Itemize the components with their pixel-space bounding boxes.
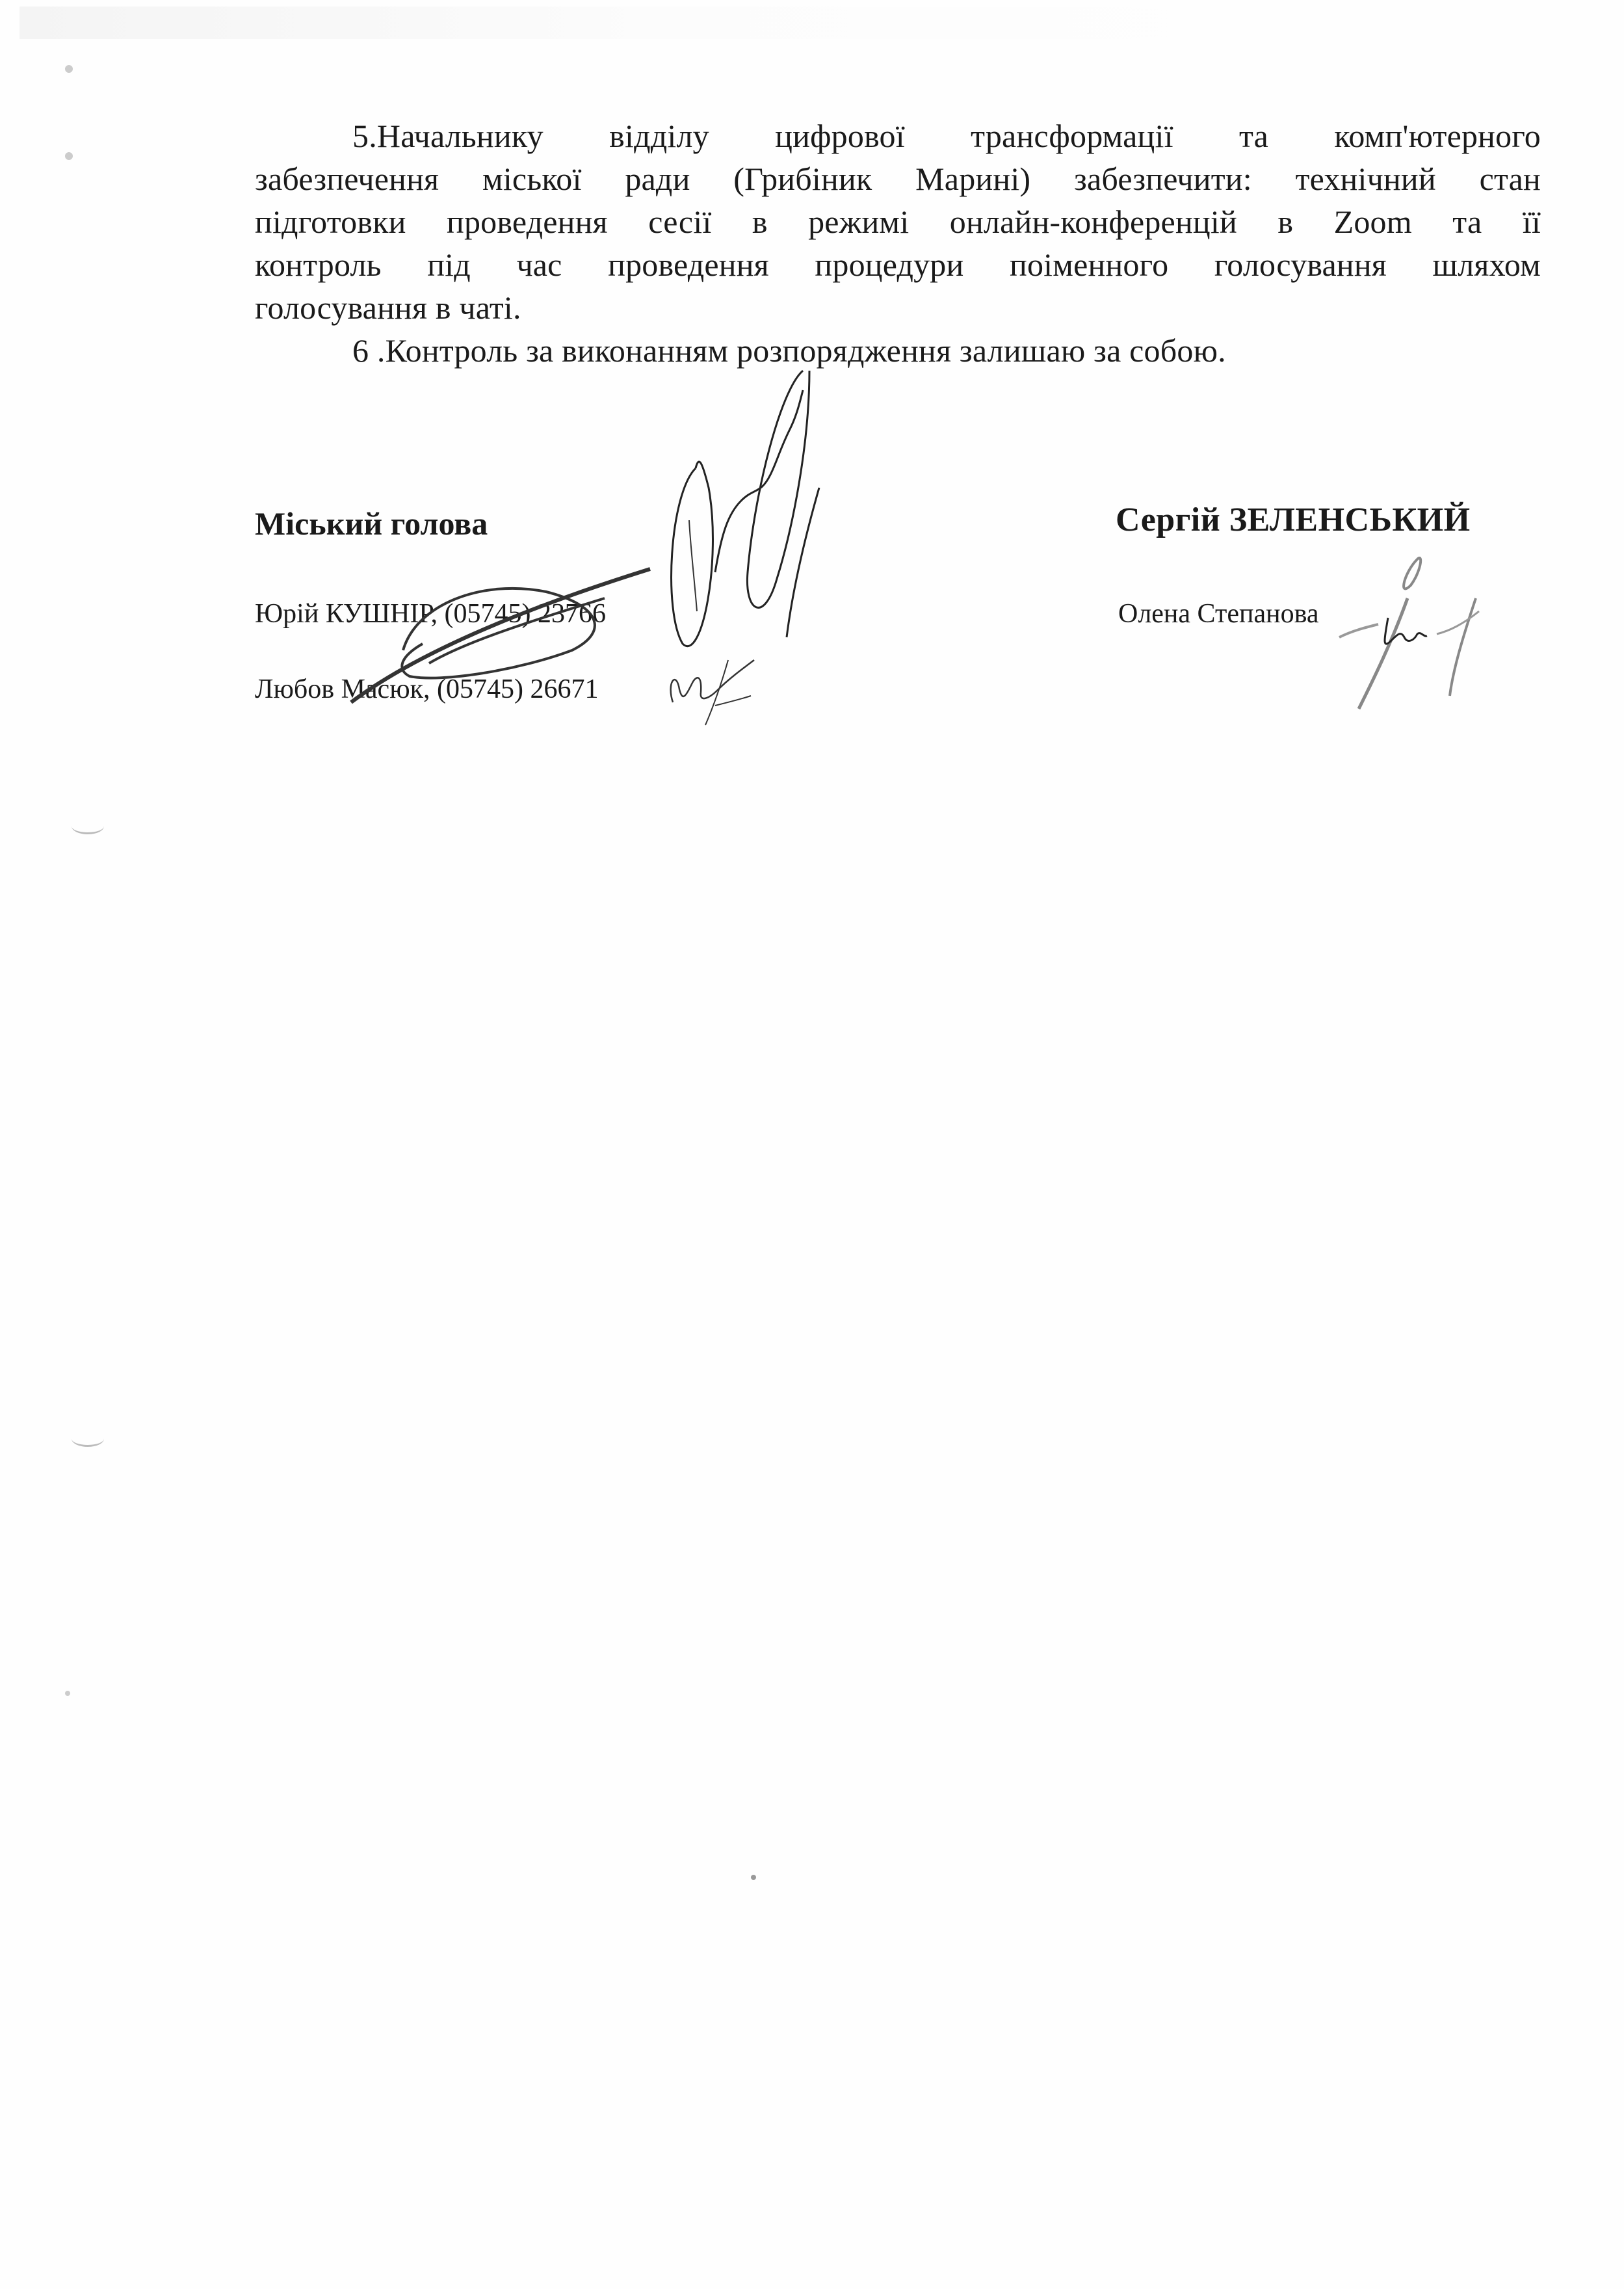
paragraph-line: контроль під час проведення процедури по…: [255, 243, 1541, 286]
paragraph-line: 6 .Контроль за виконанням розпорядження …: [255, 329, 1541, 372]
document-page: 5.Начальнику відділу цифрової трансформа…: [0, 0, 1624, 2289]
stepanova-signature: [1326, 546, 1495, 715]
masiuk-signature: [657, 644, 767, 728]
scan-shadow: [20, 7, 1385, 39]
paragraph-line: 5.Начальнику відділу цифрової трансформа…: [255, 114, 1541, 157]
scan-speck: [751, 1875, 756, 1880]
scan-speck: [65, 65, 73, 73]
punch-hole-mark: [72, 1431, 104, 1447]
scan-speck: [65, 1691, 70, 1696]
paragraph-line: забезпечення міської ради (Грибіник Мари…: [255, 157, 1541, 200]
scan-speck: [65, 152, 73, 160]
position-title: Міський голова: [255, 505, 488, 542]
punch-hole-mark: [72, 818, 104, 834]
paragraph-line: голосування в чаті.: [255, 286, 1541, 329]
paragraph-6: 6 .Контроль за виконанням розпорядження …: [255, 329, 1541, 372]
paragraph-line: підготовки проведення сесії в режимі онл…: [255, 200, 1541, 243]
paragraph-5: 5.Начальнику відділу цифрової трансформа…: [255, 114, 1541, 329]
contact-stepanova: Олена Степанова: [1118, 598, 1319, 629]
kushnir-signature: [325, 553, 689, 709]
signatory-name: Сергій ЗЕЛЕНСЬКИЙ: [1116, 501, 1471, 539]
